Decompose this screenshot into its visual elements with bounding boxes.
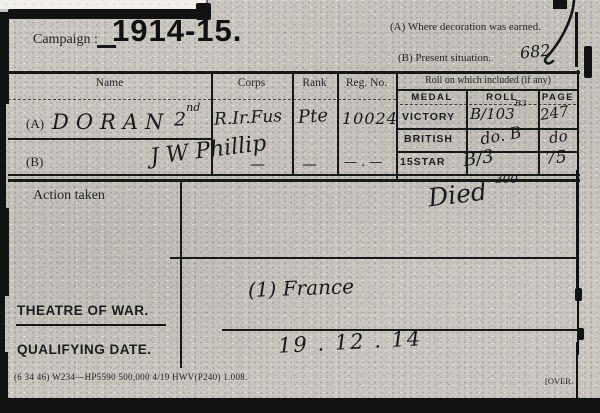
row-a-battalion: 2nd <box>174 108 200 130</box>
medal-index-card: Campaign : 1914-15. (A) Where decoration… <box>0 0 600 413</box>
col-header-name: Name <box>8 77 211 89</box>
row-b-label: (B) <box>26 154 43 170</box>
battalion-suffix: nd <box>186 101 200 114</box>
row-b-corps-dash: — <box>250 155 265 173</box>
printer-imprint: (6 34 46) W234—HP5590 500,000 4/19 HWV(P… <box>14 372 248 382</box>
right-border-mark <box>576 342 578 400</box>
action-note: Died <box>426 177 488 213</box>
right-border-mark <box>577 328 584 340</box>
qualifying-date-value: 19 . 12 . 14 <box>277 326 422 358</box>
right-border-mark <box>576 170 579 288</box>
campaign-label: Campaign : <box>33 32 98 48</box>
present-situation-value: 682 <box>519 40 551 62</box>
left-border-mark <box>0 296 5 354</box>
row-a-corps: R.Ir.Fus <box>214 106 283 130</box>
action-column-divider <box>180 182 182 368</box>
row-a-underline <box>8 138 211 140</box>
top-white-strip <box>0 0 207 9</box>
action-taken-label: Action taken <box>33 188 105 204</box>
victory-page-value: 247 <box>539 102 570 124</box>
victory-roll-sup: B3 <box>515 99 527 109</box>
where-earned-label: (A) Where decoration was earned. <box>390 21 541 33</box>
british-roll-value: do. B <box>479 123 523 149</box>
medal-col-header: MEDAL <box>398 92 466 103</box>
present-situation-label: (B) Present situation. <box>398 52 491 64</box>
medal-row-victory: VICTORY <box>402 111 455 123</box>
qualifying-date-label: QUALIFYING DATE. <box>17 342 152 357</box>
left-border-mark <box>0 352 8 402</box>
medal-box-title: Roll on which included (if any) <box>398 75 578 86</box>
medal-row-star: 15STAR <box>400 156 445 168</box>
action-bottom-rule <box>170 257 578 259</box>
victory-roll-value: B/103B3 <box>470 105 527 123</box>
theatre-label-underline <box>16 324 166 326</box>
col-header-corps: Corps <box>211 77 292 89</box>
medal-title-underline <box>398 89 578 91</box>
ink-flourish <box>535 0 597 72</box>
row-b-reg-dash: — . — <box>344 155 382 170</box>
row-a-reg-no: 10024 <box>342 109 398 128</box>
star-page-value: 75 <box>544 147 568 169</box>
col-divider-rank-reg <box>337 74 339 176</box>
over-label: [OVER. <box>545 376 573 386</box>
page-col-header: PAGE <box>538 92 578 103</box>
col-header-rank: Rank <box>292 77 337 89</box>
roll-col-header: ROLL <box>466 92 538 103</box>
theatre-of-war-label: THEATRE OF WAR. <box>17 303 149 318</box>
row-b-rank-dash: — <box>302 155 317 173</box>
row-a-rank: Pte <box>297 105 328 128</box>
left-border-mark <box>0 104 6 208</box>
star-roll-value: B/3 <box>462 146 495 171</box>
campaign-stamp: 1914-15. <box>112 13 242 49</box>
col-divider-corps-rank <box>292 74 294 176</box>
bottom-black-bar <box>0 398 600 413</box>
row-a-label: (A) <box>26 116 44 132</box>
left-border-mark <box>0 12 9 104</box>
british-page-value: do <box>548 127 569 147</box>
action-note-number: 300 <box>495 172 518 186</box>
col-header-reg-no: Reg. No. <box>337 77 396 89</box>
theatre-of-war-value: (1) France <box>248 274 355 302</box>
medal-row-british: BRITISH <box>404 133 453 145</box>
table-top-border <box>8 71 580 74</box>
left-border-mark <box>0 208 9 296</box>
header-dashed-rule <box>8 99 396 100</box>
right-border-mark <box>575 288 582 301</box>
row-a-surname: DORAN <box>52 110 170 134</box>
